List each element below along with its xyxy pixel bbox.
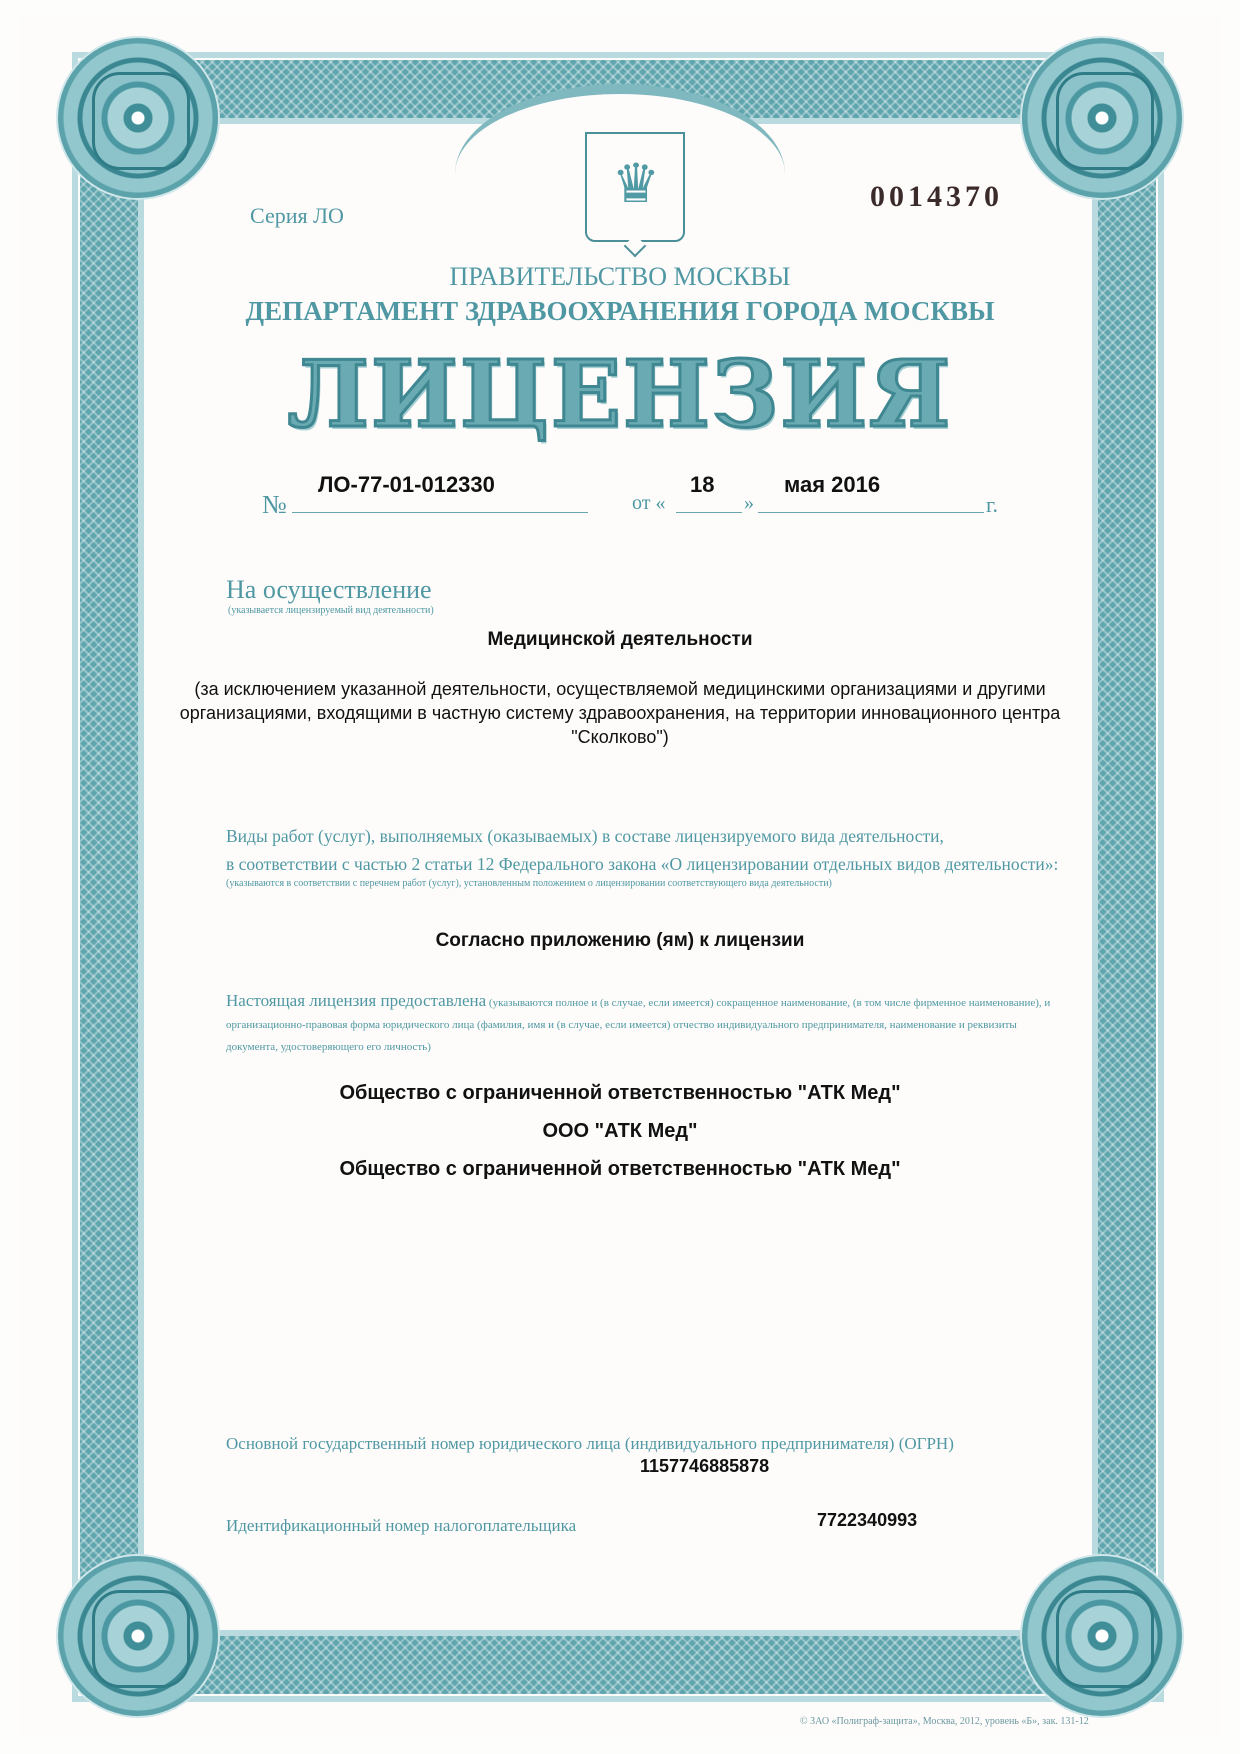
year-suffix: г.	[986, 492, 998, 518]
printer-imprint: © ЗАО «Полиграф-защита», Москва, 2012, у…	[800, 1716, 1089, 1727]
activity-hint: (указывается лицензируемый вид деятельно…	[228, 605, 434, 616]
series-label: Серия ЛО	[250, 203, 344, 229]
number-label: №	[262, 490, 287, 520]
license-number: ЛО-77-01-012330	[318, 472, 495, 498]
activity-exclusion: (за исключением указанной деятельности, …	[170, 677, 1070, 749]
double-headed-eagle-icon: ♛	[607, 144, 665, 224]
inn-value: 7722340993	[817, 1510, 917, 1531]
works-hint: (указываются в соответствии с перечнем р…	[226, 878, 832, 889]
license-month-year: мая 2016	[784, 472, 880, 498]
activity-label: На осуществление	[226, 575, 432, 605]
license-day: 18	[690, 472, 714, 498]
number-underline	[292, 512, 588, 513]
licensee-brand-name: Общество с ограниченной ответственностью…	[0, 1158, 1240, 1181]
works-label: Виды работ (услуг), выполняемых (оказыва…	[226, 822, 1106, 878]
rosette-icon	[58, 38, 218, 198]
government-name: ПРАВИТЕЛЬСТВО МОСКВЫ	[0, 262, 1240, 292]
serial-number: 0014370	[870, 180, 1003, 214]
works-label-line1: Виды работ (услуг), выполняемых (оказыва…	[226, 822, 1106, 850]
date-close-quote: »	[744, 492, 754, 515]
department-name: ДЕПАРТАМЕНТ ЗДРАВООХРАНЕНИЯ ГОРОДА МОСКВ…	[0, 296, 1240, 327]
coat-of-arms-shield: ♛	[585, 132, 685, 242]
rosette-icon	[1022, 1556, 1182, 1716]
works-value: Согласно приложению (ям) к лицензии	[0, 930, 1240, 952]
licensee-short-name: ООО "АТК Мед"	[0, 1120, 1240, 1143]
activity-value: Медицинской деятельности	[0, 629, 1240, 651]
licensee-label: Настоящая лицензия предоставлена (указыв…	[226, 990, 1056, 1058]
rosette-icon	[58, 1556, 218, 1716]
ogrn-value: 1157746885878	[640, 1456, 769, 1477]
day-underline	[676, 512, 742, 513]
licensee-full-name: Общество с ограниченной ответственностью…	[0, 1082, 1240, 1105]
ogrn-label: Основной государственный номер юридическ…	[226, 1434, 954, 1454]
date-prefix: от «	[632, 492, 665, 515]
inn-label: Идентификационный номер налогоплательщик…	[226, 1516, 576, 1536]
month-underline	[758, 512, 984, 513]
document-title: ЛИЦЕНЗИЯ	[0, 340, 1240, 448]
licensee-lead: Настоящая лицензия предоставлена	[226, 991, 486, 1010]
rosette-icon	[1022, 38, 1182, 198]
works-label-line2: в соответствии с частью 2 статьи 12 Феде…	[226, 850, 1106, 878]
